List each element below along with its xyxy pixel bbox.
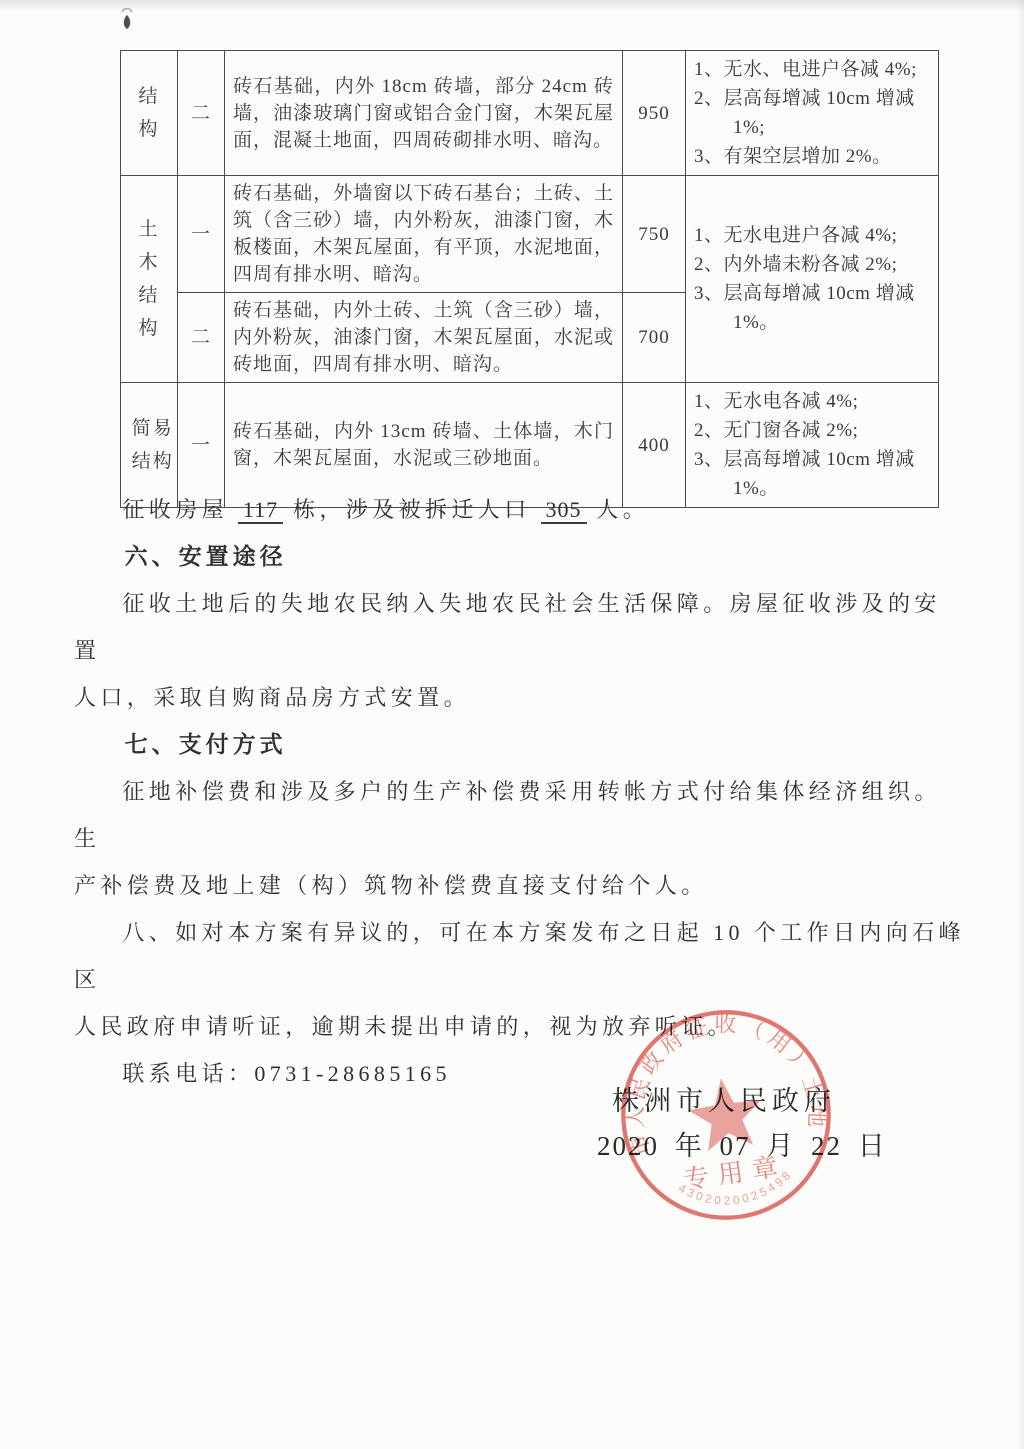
note-line: 1、无水电各减 4%; bbox=[694, 387, 930, 416]
description-cell: 砖石基础，内外 18cm 砖墙，部分 24cm 砖墙，油漆玻璃门窗或铝合金门窗，… bbox=[225, 51, 623, 176]
compensation-table: 结构 二 砖石基础，内外 18cm 砖墙，部分 24cm 砖墙，油漆玻璃门窗或铝… bbox=[120, 50, 939, 508]
note-line: 1、无水电进户各减 4%; bbox=[694, 221, 930, 250]
description-cell: 砖石基础，内外土砖、土筑（含三砂）墙，内外粉灰，油漆门窗，木架瓦屋面，水泥或砖地… bbox=[225, 293, 623, 383]
description-cell: 砖石基础，外墙窗以下砖石基台；土砖、土筑（含三砂）墙，内外粉灰，油漆门窗，木板楼… bbox=[225, 176, 623, 293]
ink-mark-icon bbox=[119, 6, 135, 39]
document-page: 结构 二 砖石基础，内外 18cm 砖墙，部分 24cm 砖墙，油漆玻璃门窗或铝… bbox=[0, 0, 1024, 1449]
price-cell: 750 bbox=[623, 176, 686, 293]
table-row: 结构 二 砖石基础，内外 18cm 砖墙，部分 24cm 砖墙，油漆玻璃门窗或铝… bbox=[121, 51, 939, 176]
note-line: 2、内外墙未粉各减 2%; bbox=[694, 250, 930, 279]
table-row: 土木结构 一 砖石基础，外墙窗以下砖石基台；土砖、土筑（含三砂）墙，内外粉灰，油… bbox=[121, 176, 939, 293]
structure-label: 土木结构 bbox=[137, 213, 161, 345]
buildings-count: 117 bbox=[238, 497, 283, 524]
section-heading-6: 六、安置途径 bbox=[74, 533, 966, 580]
notes-cell: 1、无水、电进户各减 4%; 2、层高每增减 10cm 增减 1%; 3、有架空… bbox=[686, 51, 939, 176]
structure-label: 结构 bbox=[137, 80, 161, 146]
section-heading-7: 七、支付方式 bbox=[74, 721, 966, 768]
structure-cell: 土木结构 bbox=[121, 176, 178, 383]
paragraph-line: 征收土地后的失地农民纳入失地农民社会生活保障。房屋征收涉及的安置 bbox=[74, 580, 966, 674]
note-line: 1、无水、电进户各减 4%; bbox=[694, 55, 930, 84]
grade-cell: 二 bbox=[178, 51, 225, 176]
people-count: 305 bbox=[541, 497, 587, 524]
paragraph-line: 八、如对本方案有异议的，可在本方案发布之日起 10 个工作日内向石峰区 bbox=[74, 909, 966, 1003]
price-cell: 950 bbox=[623, 51, 686, 176]
summary-text: 栋，涉及被拆迁人口 bbox=[283, 497, 540, 522]
paragraph-line: 征地补偿费和涉及多户的生产补偿费采用转帐方式付给集体经济组织。生 bbox=[74, 768, 966, 862]
price-cell: 700 bbox=[623, 293, 686, 383]
structure-cell: 结构 bbox=[121, 51, 178, 176]
paragraph-line: 产补偿费及地上建（构）筑物补偿费直接支付给个人。 bbox=[74, 862, 966, 909]
notes-cell: 1、无水电进户各减 4%; 2、内外墙未粉各减 2%; 3、层高每增减 10cm… bbox=[686, 176, 939, 383]
summary-text: 征收房屋 bbox=[122, 497, 238, 522]
paragraph-line: 人口，采取自购商品房方式安置。 bbox=[74, 674, 966, 721]
note-line: 3、层高每增减 10cm 增减 1%。 bbox=[694, 279, 930, 337]
note-line: 3、有架空层增加 2%。 bbox=[694, 142, 930, 171]
summary-text: 人。 bbox=[587, 497, 650, 522]
note-line: 2、层高每增减 10cm 增减 1%; bbox=[694, 84, 930, 142]
official-seal: 株洲市人民政府征收（用）土地公告 专用章 4302020025498 bbox=[604, 993, 848, 1237]
grade-cell: 一 bbox=[178, 176, 225, 293]
note-line: 2、无门窗各减 2%; bbox=[694, 416, 930, 445]
summary-line: 征收房屋 117 栋，涉及被拆迁人口 305 人。 bbox=[74, 486, 966, 533]
star-icon bbox=[685, 1074, 767, 1153]
grade-cell: 二 bbox=[178, 293, 225, 383]
structure-label: 简易结构 bbox=[129, 412, 177, 478]
